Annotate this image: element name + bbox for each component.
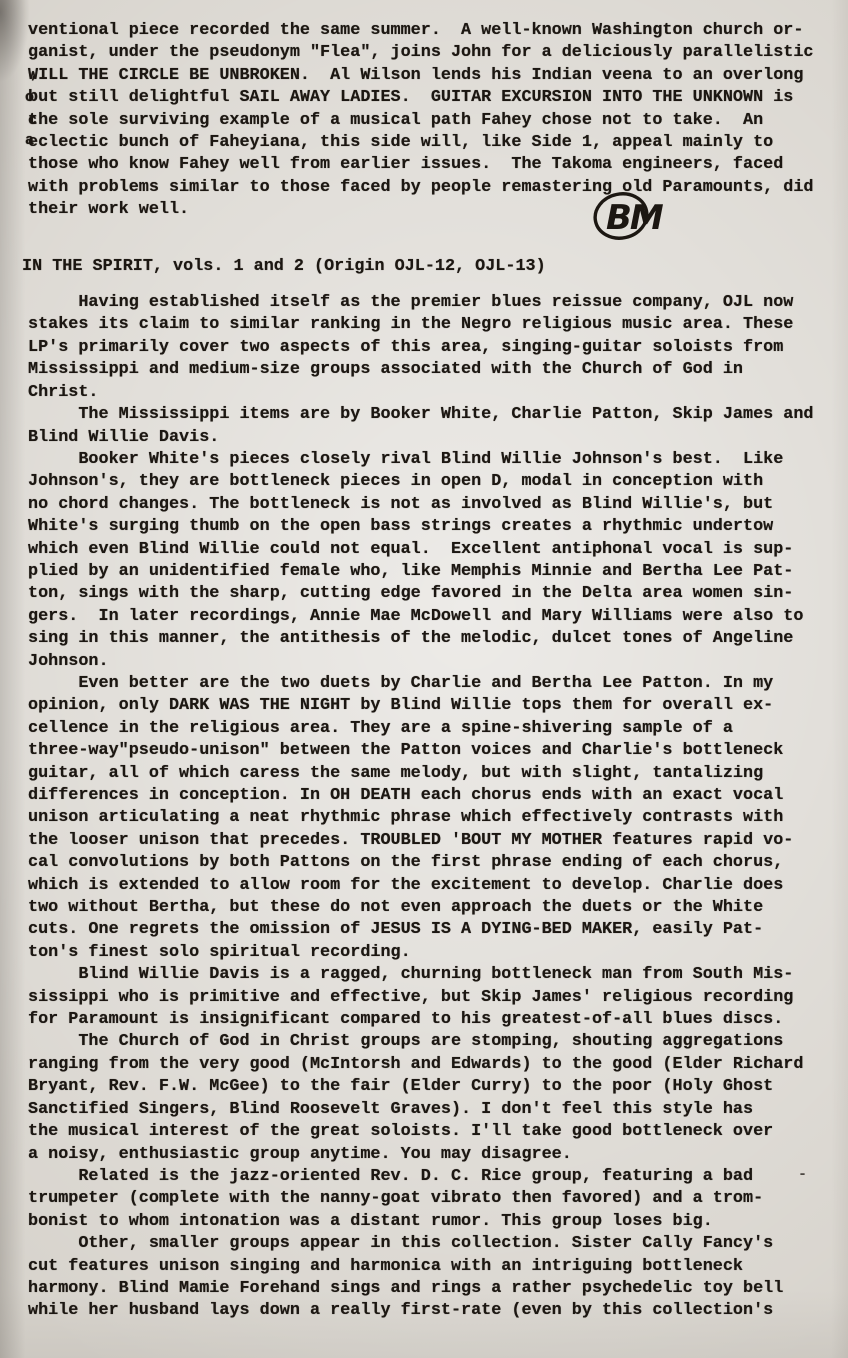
paragraph: Even better are the two duets by Charlie… (28, 673, 844, 964)
continuation-paragraph: ventional piece recorded the same summer… (28, 20, 844, 222)
paragraph: The Church of God in Christ groups are s… (28, 1031, 844, 1165)
handwritten-initials: BM (593, 190, 679, 242)
paragraph: Having established itself as the premier… (28, 292, 844, 404)
section-heading: IN THE SPIRIT, vols. 1 and 2 (Origin OJL… (22, 256, 844, 278)
paragraph: Related is the jazz-oriented Rev. D. C. … (28, 1166, 844, 1233)
initials-text: BM (606, 198, 664, 238)
document-text: ventional piece recorded the same summer… (28, 20, 844, 1323)
paragraph: Blind Willie Davis is a ragged, churning… (28, 964, 844, 1031)
stray-ink-mark: - (798, 1166, 807, 1183)
paragraph: Other, smaller groups appear in this col… (28, 1233, 844, 1323)
paragraph: The Mississippi items are by Booker Whit… (28, 404, 844, 449)
paragraph: Booker White's pieces closely rival Blin… (28, 449, 844, 673)
scanned-typewritten-page: , o c a ventional piece recorded the sam… (0, 0, 848, 1358)
